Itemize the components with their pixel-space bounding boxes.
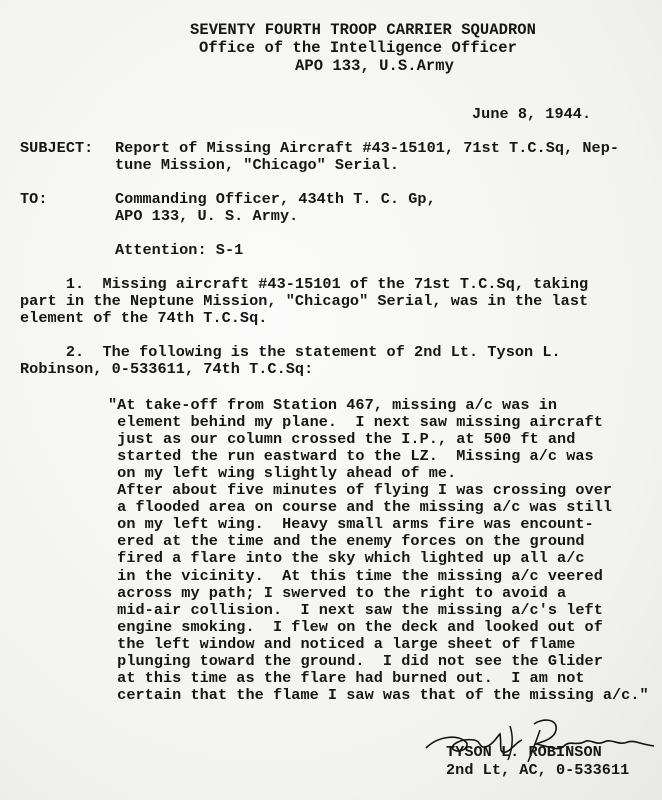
statement-line: on my left wing. Heavy small arms fire w… [108, 516, 594, 533]
paragraph-1-line: 1. Missing aircraft #43-15101 of the 71s… [20, 276, 588, 293]
statement-line: a flooded area on course and the missing… [108, 499, 612, 516]
statement-line: just as our column crossed the I.P., at … [108, 431, 575, 448]
statement-line: plunging toward the ground. I did not se… [108, 653, 603, 670]
statement-line: in the vicinity. At this time the missin… [108, 568, 603, 585]
to-label: TO: [20, 191, 48, 208]
statement-line: After about five minutes of flying I was… [108, 482, 612, 499]
statement-line: "At take-off from Station 467, missing a… [108, 397, 557, 414]
statement-line: on my left wing slightly ahead of me. [108, 465, 456, 482]
attention-line: Attention: S-1 [115, 242, 243, 259]
paragraph-1-line: element of the 74th T.C.Sq. [20, 310, 267, 327]
statement-line: started the run eastward to the LZ. Miss… [108, 448, 594, 465]
subject-label: SUBJECT: [20, 140, 93, 157]
to-line: APO 133, U. S. Army. [115, 208, 298, 225]
statement-line: element behind my plane. I next saw miss… [108, 414, 603, 431]
letterhead-unit: SEVENTY FOURTH TROOP CARRIER SQUADRON [190, 22, 536, 39]
paragraph-2-line: Robinson, 0-533611, 74th T.C.Sq: [20, 361, 313, 378]
statement-line: the left window and noticed a large shee… [108, 636, 575, 653]
letterhead-address: APO 133, U.S.Army [295, 58, 454, 75]
statement-line: fired a flare into the sky which lighted… [108, 550, 585, 567]
letterhead-office: Office of the Intelligence Officer [199, 40, 517, 57]
to-line: Commanding Officer, 434th T. C. Gp, [115, 191, 436, 208]
statement-line: across my path; I swerved to the right t… [108, 585, 566, 602]
subject-line: tune Mission, "Chicago" Serial. [115, 157, 399, 174]
statement-line: engine smoking. I flew on the deck and l… [108, 619, 603, 636]
signatory-name: TYSON L. ROBINSON [446, 744, 602, 761]
statement-line: at this time as the flare had burned out… [108, 670, 585, 687]
signatory-rank: 2nd Lt, AC, 0-533611 [446, 762, 629, 779]
statement-line: mid-air collision. I next saw the missin… [108, 602, 603, 619]
statement-line: ered at the time and the enemy forces on… [108, 533, 585, 550]
paragraph-2-line: 2. The following is the statement of 2nd… [20, 344, 561, 361]
paragraph-1-line: part in the Neptune Mission, "Chicago" S… [20, 293, 588, 310]
document-date: June 8, 1944. [472, 106, 591, 123]
document-page: SEVENTY FOURTH TROOP CARRIER SQUADRON Of… [0, 0, 662, 800]
subject-line: Report of Missing Aircraft #43-15101, 71… [115, 140, 619, 157]
statement-line: certain that the flame I saw was that of… [108, 687, 649, 704]
